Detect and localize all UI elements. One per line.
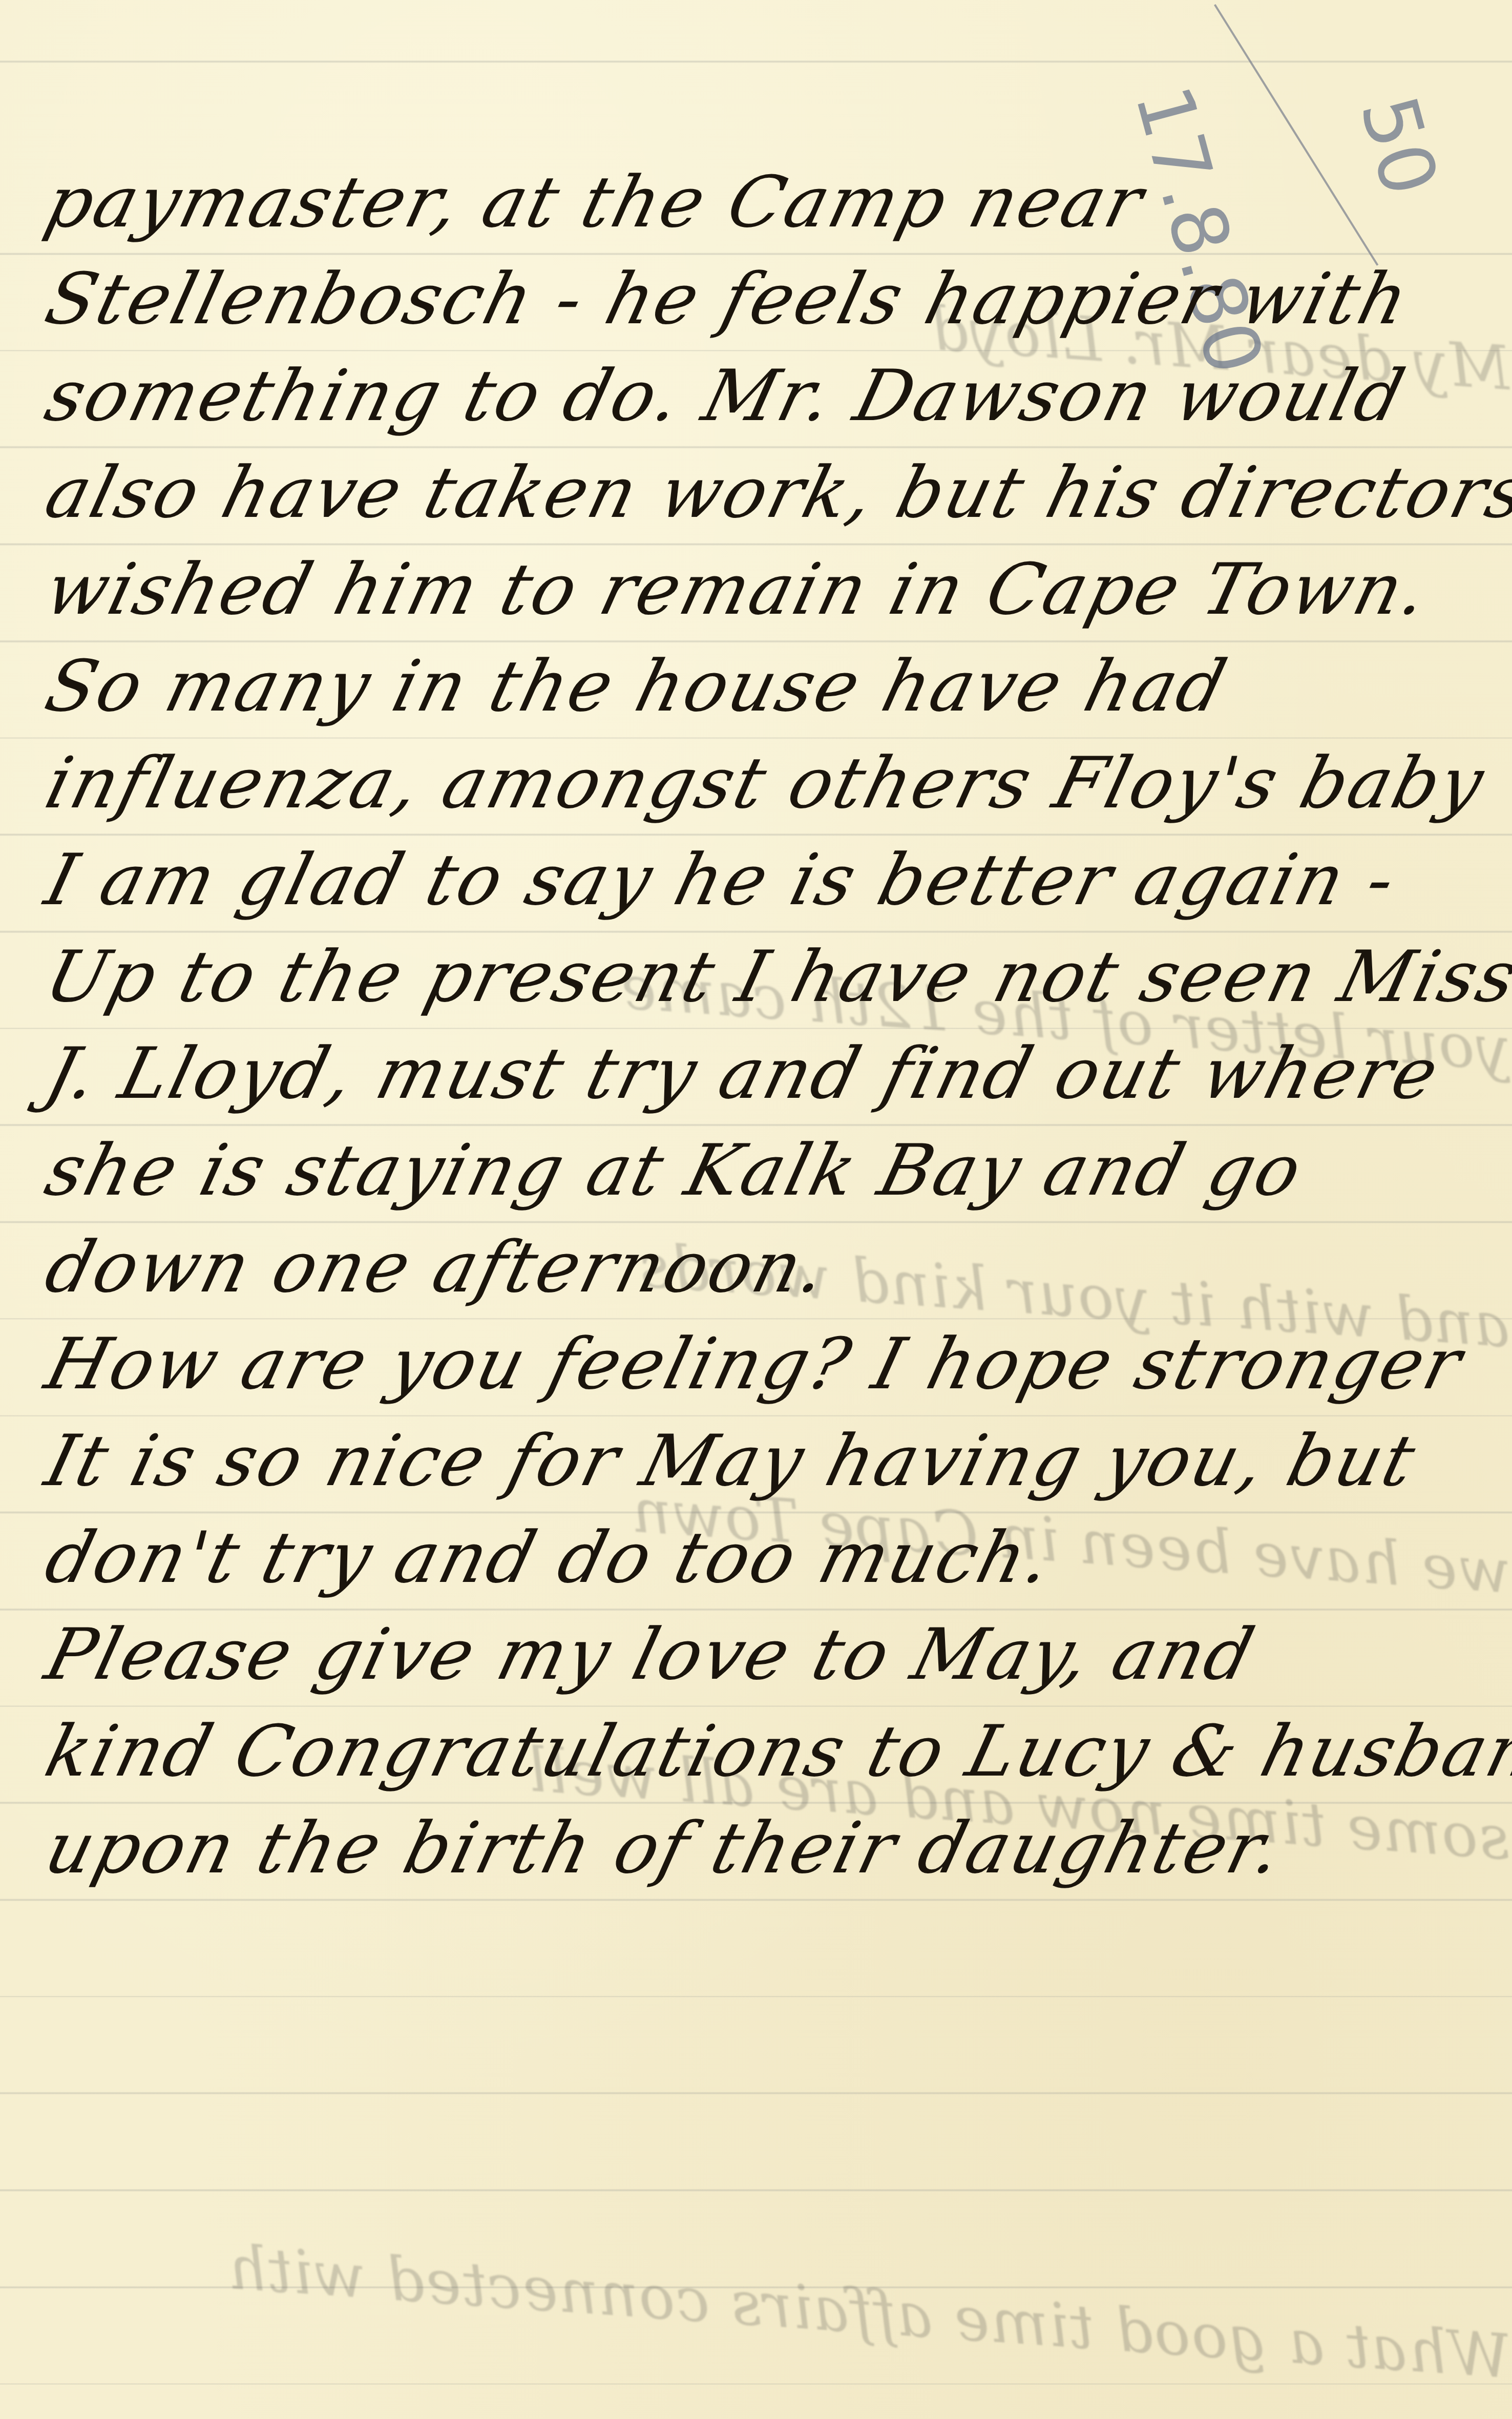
letter-line: How are you feeling? I hope stronger	[36, 1316, 1509, 1412]
letter-line: Stellenbosch - he feels happier with	[36, 251, 1509, 347]
letter-line: J. Lloyd, must try and find out where	[36, 1025, 1509, 1122]
letter-line: don't try and do too much.	[36, 1509, 1509, 1606]
letter-line: paymaster, at the Camp near	[36, 154, 1509, 251]
letter-line: I am glad to say he is better again -	[36, 831, 1509, 928]
letter-page: My dear Mr. Lloyd your letter of the 12t…	[0, 0, 1512, 2419]
letter-line: something to do. Mr. Dawson would	[36, 347, 1509, 444]
letter-line: upon the birth of their daughter.	[36, 1800, 1509, 1896]
letter-line: influenza, amongst others Floy's baby	[36, 735, 1509, 831]
letter-line: It is so nice for May having you, but	[36, 1412, 1509, 1509]
letter-line: wished him to remain in Cape Town.	[36, 541, 1509, 638]
letter-line: also have taken work, but his directors	[36, 444, 1509, 541]
letter-line: she is staying at Kalk Bay and go	[36, 1122, 1509, 1219]
letter-line: Up to the present I have not seen Miss	[36, 928, 1509, 1025]
letter-line: down one afternoon.	[36, 1219, 1509, 1316]
letter-body: paymaster, at the Camp near Stellenbosch…	[36, 154, 1485, 1896]
letter-line: Please give my love to May, and	[36, 1606, 1509, 1703]
letter-line: kind Congratulations to Lucy & husband	[36, 1703, 1509, 1800]
letter-line: So many in the house have had	[36, 638, 1509, 735]
